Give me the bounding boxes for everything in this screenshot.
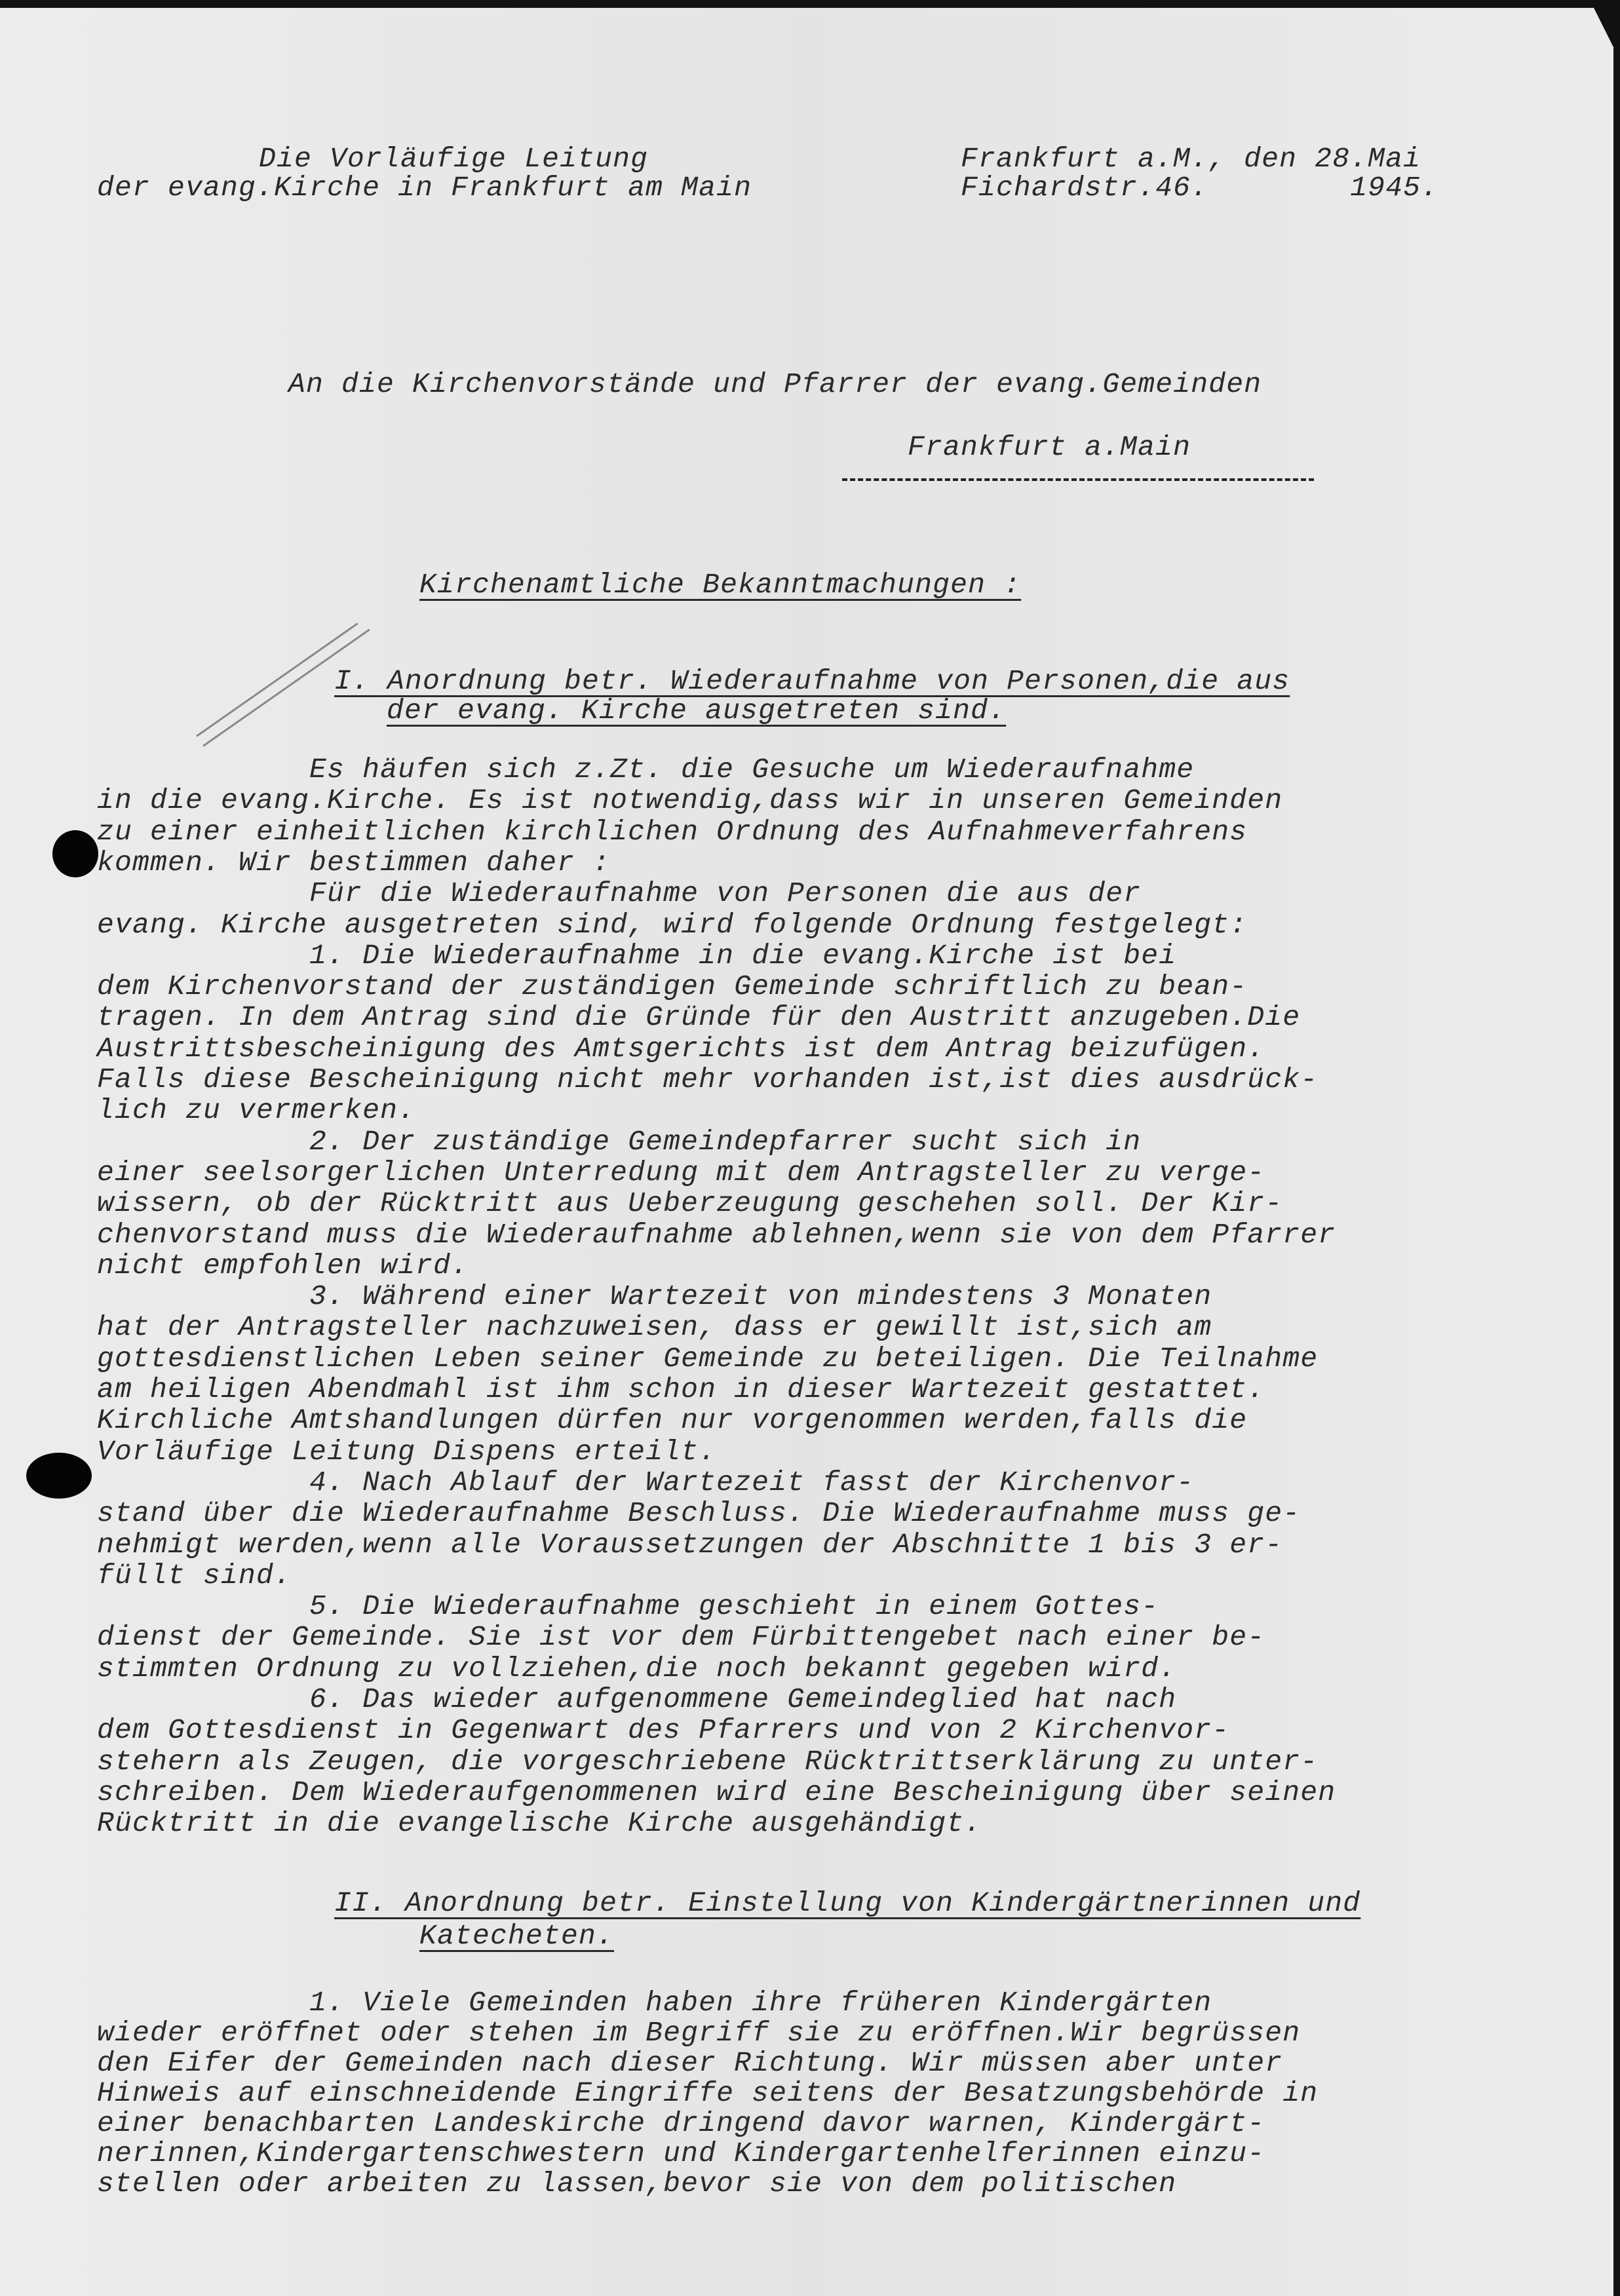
body-line: Vorläufige Leitung Dispens erteilt. bbox=[97, 1437, 716, 1467]
body-line: 1. Die Wiederaufnahme in die evang.Kirch… bbox=[97, 941, 1176, 971]
body-line: Es häufen sich z.Zt. die Gesuche um Wied… bbox=[97, 755, 1194, 785]
sender-line-2: der evang.Kirche in Frankfurt am Main bbox=[97, 173, 752, 203]
body-line: zu einer einheitlichen kirchlichen Ordnu… bbox=[97, 817, 1247, 847]
body-line: Hinweis auf einschneidende Eingriffe sei… bbox=[97, 2078, 1318, 2109]
place-date-line-2: Fichardstr.46. 1945. bbox=[961, 173, 1438, 203]
body-line: 1. Viele Gemeinden haben ihre früheren K… bbox=[97, 1988, 1212, 2018]
body-line: chenvorstand muss die Wiederaufnahme abl… bbox=[97, 1220, 1336, 1250]
sender-line-1: Die Vorläufige Leitung bbox=[259, 144, 648, 174]
body-line: lich zu vermerken. bbox=[97, 1096, 415, 1126]
body-line: wieder eröffnet oder stehen im Begriff s… bbox=[97, 2018, 1300, 2048]
recipient-dash-rule bbox=[842, 478, 1314, 481]
body-line: Kirchliche Amtshandlungen dürfen nur vor… bbox=[97, 1406, 1247, 1436]
page-corner-shadow bbox=[1594, 8, 1613, 47]
body-line: gottesdienstlichen Leben seiner Gemeinde… bbox=[97, 1344, 1318, 1374]
recipient-line-1: An die Kirchenvorstände und Pfarrer der … bbox=[288, 370, 1262, 400]
body-line: dem Gottesdienst in Gegenwart des Pfarre… bbox=[97, 1715, 1229, 1746]
place-date-line-1: Frankfurt a.M., den 28.Mai bbox=[961, 144, 1421, 174]
body-line: einer seelsorgerlichen Unterredung mit d… bbox=[97, 1158, 1265, 1188]
body-line: am heiligen Abendmahl ist ihm schon in d… bbox=[97, 1375, 1265, 1405]
body-line: 6. Das wieder aufgenommene Gemeindeglied… bbox=[97, 1685, 1176, 1715]
body-line: Austrittsbescheinigung des Amtsgerichts … bbox=[97, 1034, 1265, 1064]
ink-blot-1 bbox=[52, 830, 98, 877]
body-line: den Eifer der Gemeinden nach dieser Rich… bbox=[97, 2048, 1282, 2078]
body-line: dem Kirchenvorstand der zuständigen Geme… bbox=[97, 972, 1247, 1002]
body-line: tragen. In dem Antrag sind die Gründe fü… bbox=[97, 1003, 1300, 1033]
body-line: nicht empfohlen wird. bbox=[97, 1251, 469, 1281]
body-line: kommen. Wir bestimmen daher : bbox=[97, 848, 610, 878]
body-line: schreiben. Dem Wiederaufgenommenen wird … bbox=[97, 1778, 1336, 1808]
section-2-title-line-1: II. Anordnung betr. Einstellung von Kind… bbox=[334, 1888, 1360, 1919]
body-line: dienst der Gemeinde. Sie ist vor dem Für… bbox=[97, 1622, 1265, 1653]
body-line: 5. Die Wiederaufnahme geschieht in einem… bbox=[97, 1592, 1159, 1622]
body-line: 4. Nach Ablauf der Wartezeit fasst der K… bbox=[97, 1468, 1194, 1498]
body-line: nerinnen,Kindergartenschwestern und Kind… bbox=[97, 2139, 1265, 2169]
body-line: stand über die Wiederaufnahme Beschluss.… bbox=[97, 1499, 1300, 1529]
body-line: stimmten Ordnung zu vollziehen,die noch … bbox=[97, 1654, 1176, 1684]
announcements-heading: Kirchenamtliche Bekanntmachungen : bbox=[419, 570, 1021, 600]
body-line: stellen oder arbeiten zu lassen,bevor si… bbox=[97, 2169, 1176, 2199]
section-2-title-line-2: Katecheten. bbox=[419, 1921, 614, 1951]
body-line: Falls diese Bescheinigung nicht mehr vor… bbox=[97, 1065, 1318, 1095]
section-1-title-line-1: I. Anordnung betr. Wiederaufnahme von Pe… bbox=[334, 666, 1290, 697]
body-line: hat der Antragsteller nachzuweisen, dass… bbox=[97, 1312, 1212, 1343]
document-page: Die Vorläufige Leitung der evang.Kirche … bbox=[0, 8, 1613, 2296]
recipient-line-2: Frankfurt a.Main bbox=[908, 432, 1191, 463]
section-1-title-line-2: der evang. Kirche ausgetreten sind. bbox=[387, 696, 1006, 726]
body-line: 2. Der zuständige Gemeindepfarrer sucht … bbox=[97, 1127, 1141, 1157]
ink-blot-2 bbox=[26, 1453, 92, 1499]
body-line: 3. Während einer Wartezeit von mindesten… bbox=[97, 1282, 1212, 1312]
body-line: in die evang.Kirche. Es ist notwendig,da… bbox=[97, 786, 1282, 816]
body-line: evang. Kirche ausgetreten sind, wird fol… bbox=[97, 910, 1247, 940]
body-line: wissern, ob der Rücktritt aus Ueberzeugu… bbox=[97, 1189, 1282, 1219]
body-line: stehern als Zeugen, die vorgeschriebene … bbox=[97, 1747, 1318, 1777]
body-line: Rücktritt in die evangelische Kirche aus… bbox=[97, 1808, 982, 1839]
body-line: füllt sind. bbox=[97, 1561, 292, 1591]
body-line: Für die Wiederaufnahme von Personen die … bbox=[97, 879, 1141, 909]
body-line: nehmigt werden,wenn alle Voraussetzungen… bbox=[97, 1530, 1282, 1560]
body-line: einer benachbarten Landeskirche dringend… bbox=[97, 2109, 1265, 2139]
